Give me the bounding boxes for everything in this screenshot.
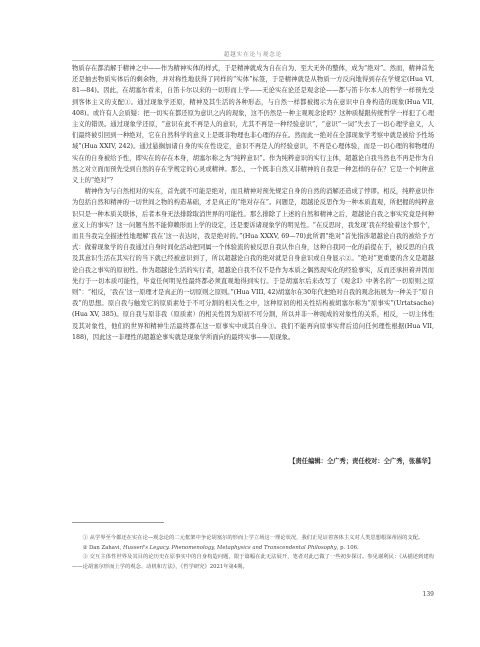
header-rule — [72, 60, 434, 61]
footnote-text: , p. 106. — [337, 545, 359, 551]
footnote-rule — [72, 522, 164, 523]
footnote-marker: ① — [83, 535, 88, 541]
footnotes: ① 从学界至今都还在实在论—观念论的二元框架中争论胡塞尔的形而上学立场这一理论状… — [72, 534, 434, 572]
editors-note: 【责任编辑：仝广秀；责任校对：仝广秀，张慕华】 — [266, 456, 434, 465]
footnote-book-title: Husserl's Legacy. Phenomenology, Metaphy… — [123, 545, 337, 551]
footnote-text: Dan Zahavi, — [89, 545, 123, 551]
footnote-3: ③ 交互主体性世界及其目的论历史在原事实中的自身构造问题，限于篇幅在此无法展开，… — [72, 553, 434, 572]
page-number: 139 — [414, 591, 434, 598]
footnote-text: 从学界至今都还在实在论—观念论的二元框架中争论胡塞尔的形而上学立场这一理论状况，… — [90, 535, 424, 541]
body-paragraph-1: 物质存在都消解于精神之中——作为精神实体的样式，于是精神就成为自在自为、至大无外… — [72, 63, 434, 186]
running-header-title: 超越实在论与观念论 — [72, 50, 434, 58]
footnote-1: ① 从学界至今都还在实在论—观念论的二元框架中争论胡塞尔的形而上学立场这一理论状… — [72, 534, 434, 544]
footnote-marker: ③ — [83, 554, 88, 560]
footnote-2: ② Dan Zahavi, Husserl's Legacy. Phenomen… — [72, 544, 434, 554]
footnote-text: 交互主体性世界及其目的论历史在原事实中的自身构造问题，限于篇幅在此无法展开，笔者… — [72, 554, 434, 570]
body-text: 物质存在都消解于精神之中——作为精神实体的样式，于是精神就成为自在自为、至大无外… — [72, 63, 434, 343]
body-paragraph-2: 精神作为与自然相对的实在，首先就不可能是绝对，而且精神对预先规定自身的自然的消解… — [72, 186, 434, 343]
footnote-marker: ② — [83, 545, 88, 551]
